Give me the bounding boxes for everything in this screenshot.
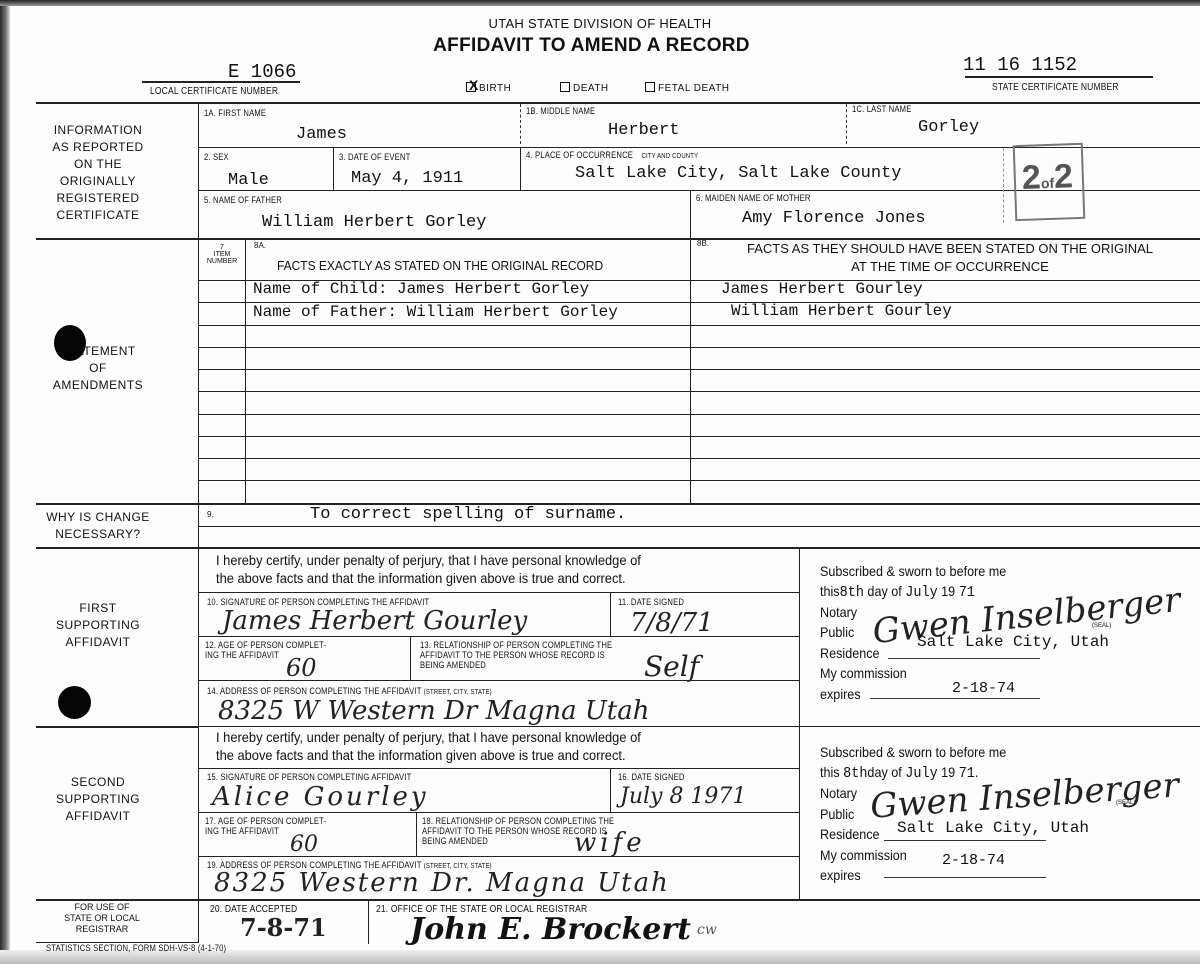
notary-2-expires: 2-18-74 <box>942 852 1005 869</box>
birth-checkbox[interactable]: X <box>466 82 476 92</box>
signature-2-label: 15. SIGNATURE OF PERSON COMPLETING AFFID… <box>207 772 411 782</box>
notary-2-sworn: Subscribed & sworn to before me <box>820 744 1006 760</box>
row-rule <box>198 592 799 593</box>
section-label-original-info: INFORMATION AS REPORTED ON THE ORIGINALL… <box>36 122 160 224</box>
row-rule <box>198 436 1200 437</box>
form-id: STATISTICS SECTION, FORM SDH-VS-8 (4-1-7… <box>46 943 226 953</box>
divider-age-rel-1 <box>410 636 411 680</box>
underline <box>888 658 1040 659</box>
row-rule <box>198 636 799 637</box>
divider-age-rel-2 <box>416 812 417 856</box>
mother-name-value: Amy Florence Jones <box>742 209 926 228</box>
notary-1-seal: (SEAL) <box>1092 623 1111 629</box>
row-rule <box>198 812 799 813</box>
notary-1-label: Notary <box>820 604 857 620</box>
divider-1a-1b <box>520 104 521 144</box>
notary-2-seal: (SEAL) <box>1116 800 1135 806</box>
mother-name-label: 6. MAIDEN NAME OF MOTHER <box>696 193 811 203</box>
age-1-value: 60 <box>286 654 317 682</box>
divider-father-mother <box>690 190 691 238</box>
middle-name-label: 1B. MIDDLE NAME <box>526 106 595 116</box>
divider-notary-column <box>799 548 800 900</box>
ink-blot <box>54 325 86 361</box>
col-8a-number: 8A. <box>254 241 266 250</box>
rule-affidavit1-top <box>36 547 1200 549</box>
affidavit-document: UTAH STATE DIVISION OF HEALTH AFFIDAVIT … <box>0 0 1200 964</box>
address-1-value: 8325 W Western Dr Magna Utah <box>218 696 649 726</box>
place-sublabel: CITY AND COUNTY <box>642 153 699 160</box>
state-certificate-number: 11 16 1152 <box>963 54 1077 76</box>
section-label-second-affidavit: SECOND SUPPORTING AFFIDAVIT <box>36 774 160 825</box>
notary-2-date-line: this 8thday of July 19 71. <box>820 764 978 782</box>
punch-hole <box>58 686 91 719</box>
underline <box>884 840 1046 841</box>
notary-1-residence-label: Residence <box>820 645 880 661</box>
item-number-header: 7 ITEM NUMBER <box>199 244 245 265</box>
record-type-fetal-death[interactable]: FETAL DEATH <box>645 82 729 94</box>
signature-1-value: James Herbert Gourley <box>222 606 527 636</box>
amendment-row-1-original: Name of Child: James Herbert Gorley <box>253 280 589 298</box>
middle-name-value: Herbert <box>608 121 679 140</box>
relationship-1-value: Self <box>644 650 699 683</box>
notary-2-residence: Salt Lake City, Utah <box>897 819 1089 837</box>
divider-item-number <box>245 239 246 503</box>
notary-1-commission-label: My commission <box>820 665 907 681</box>
notary-1-expires-label: expires <box>820 686 861 702</box>
rule-affidavit2-top <box>36 726 198 728</box>
row-rule <box>198 325 1200 326</box>
certification-text-1: I hereby certify, under penalty of perju… <box>216 551 641 587</box>
certification-text-2: I hereby certify, under penalty of perju… <box>216 728 641 764</box>
age-2-value: 60 <box>290 832 318 857</box>
father-name-label: 5. NAME OF FATHER <box>204 195 282 205</box>
sex-label: 2. SEX <box>204 152 229 162</box>
row-rule <box>198 726 1200 727</box>
address-2-value: 8325 Western Dr. Magna Utah <box>214 868 670 898</box>
registrar-initials: cw <box>697 922 717 938</box>
divider-sig-date-2 <box>610 768 611 812</box>
notary-1-residence: Salt Lake City, Utah <box>917 633 1109 651</box>
reason-value: To correct spelling of surname. <box>310 505 626 524</box>
birth-label: BIRTH <box>479 83 511 94</box>
death-checkbox[interactable] <box>560 82 570 92</box>
last-name-label: 1C. LAST NAME <box>852 104 911 114</box>
date-signed-2-label: 16. DATE SIGNED <box>618 772 685 782</box>
notary-2-label: Notary <box>820 785 857 801</box>
section-label-first-affidavit: FIRST SUPPORTING AFFIDAVIT <box>36 600 160 651</box>
record-type-death[interactable]: DEATH <box>560 82 609 94</box>
row-rule <box>198 458 1200 459</box>
col-8b-header: FACTS AS THEY SHOULD HAVE BEEN STATED ON… <box>700 240 1200 276</box>
notary-1-public-label: Public <box>820 624 854 640</box>
divider-date-place <box>520 147 521 191</box>
amendment-row-2-corrected: William Herbert Gourley <box>731 302 952 320</box>
fetal-death-label: FETAL DEATH <box>658 83 729 94</box>
reason-number: 9. <box>207 510 214 519</box>
row-rule <box>198 347 1200 348</box>
date-signed-2-value: July 8 1971 <box>620 784 746 809</box>
scan-edge-top <box>0 0 1200 6</box>
notary-2-expires-label: expires <box>820 867 861 883</box>
death-label: DEATH <box>573 83 609 94</box>
address-1-label: 14. ADDRESS OF PERSON COMPLETING THE AFF… <box>207 686 492 696</box>
local-certificate-label: LOCAL CERTIFICATE NUMBER <box>150 86 278 97</box>
local-cert-underline <box>142 81 300 83</box>
notary-2-residence-label: Residence <box>820 826 880 842</box>
row-rule <box>198 414 1200 415</box>
notary-2-public-label: Public <box>820 806 854 822</box>
place-of-occurrence-value: Salt Lake City, Salt Lake County <box>575 164 901 183</box>
divider-1b-1c <box>846 104 847 144</box>
local-certificate-number: E 1066 <box>228 61 296 83</box>
date-accepted-value: 7-8-71 <box>240 913 327 942</box>
amendment-row-1-corrected: James Herbert Gourley <box>721 280 923 298</box>
notary-1-date-line: this8th day of July 19 71 <box>820 583 975 601</box>
divider-sig-date-1 <box>610 592 611 636</box>
date-signed-1-label: 11. DATE SIGNED <box>618 597 684 607</box>
notary-1-expires: 2-18-74 <box>952 680 1015 697</box>
col-8a-header: FACTS EXACTLY AS STATED ON THE ORIGINAL … <box>277 258 603 273</box>
underline <box>884 877 1046 878</box>
section-label-reason: WHY IS CHANGE NECESSARY? <box>36 509 160 543</box>
first-name-label: 1A. FIRST NAME <box>204 108 266 118</box>
first-name-value: James <box>296 125 347 144</box>
relationship-1-label: 13. RELATIONSHIP OF PERSON COMPLETING TH… <box>420 640 612 670</box>
place-of-occurrence-label: 4. PLACE OF OCCURRENCECITY AND COUNTY <box>526 150 698 160</box>
scan-edge-left <box>0 0 10 964</box>
date-signed-1-value: 7/8/71 <box>630 608 714 638</box>
divider-8a-8b <box>690 239 691 503</box>
fetal-death-checkbox[interactable] <box>645 82 655 92</box>
underline <box>870 698 1040 699</box>
row-rule <box>198 369 1200 370</box>
registrar-signature: John E. Brockert <box>410 912 691 947</box>
record-type-birth[interactable]: XBIRTH <box>466 82 511 94</box>
row-rule <box>198 391 1200 392</box>
stamp-divider <box>1003 148 1004 223</box>
rule-left-column <box>198 103 199 943</box>
state-certificate-label: STATE CERTIFICATE NUMBER <box>992 82 1119 93</box>
rule-registrar-top <box>36 899 1200 901</box>
row-rule <box>198 680 799 681</box>
sex-value: Male <box>228 171 269 190</box>
notary-1-sworn: Subscribed & sworn to before me <box>820 563 1006 579</box>
page-stamp: 2of2 <box>1013 143 1086 221</box>
agency-name: UTAH STATE DIVISION OF HEALTH <box>0 16 1200 31</box>
notary-2-commission-label: My commission <box>820 847 907 863</box>
date-of-event-value: May 4, 1911 <box>351 169 463 188</box>
signature-2-value: Alice Gourley <box>212 782 429 812</box>
row-rule <box>198 768 799 769</box>
divider-registrar <box>368 900 369 944</box>
divider-sex-date <box>333 147 334 191</box>
date-of-event-label: 3. DATE OF EVENT <box>339 152 410 162</box>
section-label-registrar: FOR USE OF STATE OR LOCAL REGISTRAR <box>40 902 164 935</box>
relationship-2-value: wife <box>574 828 646 858</box>
father-name-value: William Herbert Gorley <box>262 213 486 232</box>
row-rule <box>198 856 799 857</box>
rule-top <box>36 102 1200 104</box>
rule-reason-mid <box>198 526 1200 527</box>
row-rule <box>198 480 1200 481</box>
state-cert-underline <box>965 76 1153 78</box>
amendment-row-2-original: Name of Father: William Herbert Gorley <box>253 303 618 321</box>
last-name-value: Gorley <box>918 118 979 137</box>
